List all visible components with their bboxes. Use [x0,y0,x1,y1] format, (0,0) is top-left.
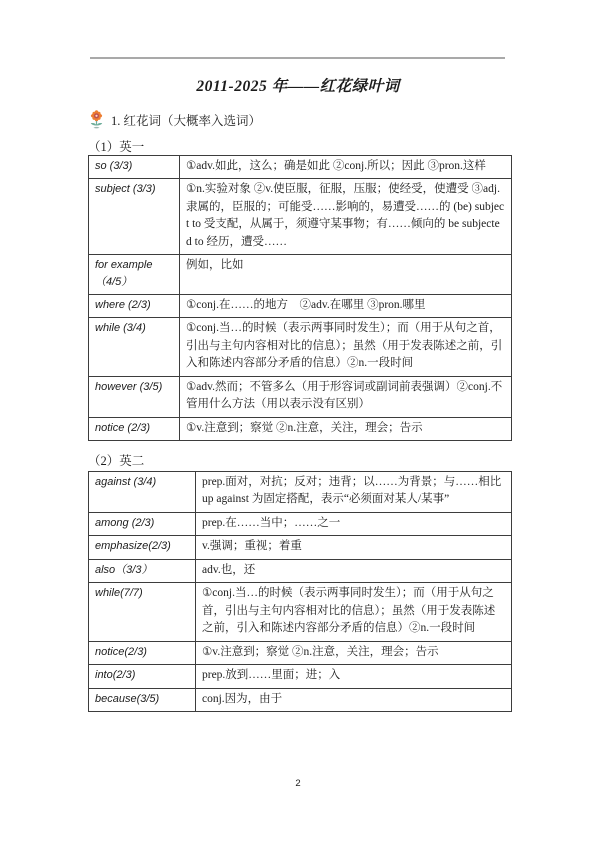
section-heading: 1. 红花词（大概率入选词） [88,110,261,129]
definition-cell: ①adv.然而；不管多么（用于形容词或副词前表强调）②conj.不管用什么方法（… [180,376,512,417]
definition-cell: v.强调；重视；着重 [196,536,512,559]
word-cell: notice(2/3) [89,641,196,664]
table-row: into(2/3) prep.放到……里面；进；入 [89,665,512,688]
definition-cell: adv.也，还 [196,559,512,582]
table-row: notice (2/3) ①v.注意到；察觉 ②n.注意，关注，理会；告示 [89,417,512,440]
definition-cell: ①v.注意到；察觉 ②n.注意，关注，理会；告示 [196,641,512,664]
table-row: subject (3/3) ①n.实验对象 ②v.使臣服，征服，压服；使经受，使… [89,179,512,255]
definition-cell: ①conj.当…的时候（表示两事同时发生）；而（用于从句之首，引出与主句内容相对… [180,318,512,376]
definition-cell: prep.面对，对抗；反对；违背；以……为背景；与……相比 up against… [196,472,512,513]
word-cell: while(7/7) [89,583,196,641]
word-cell: notice (2/3) [89,417,180,440]
page-number: 2 [0,778,596,789]
table-row: notice(2/3) ①v.注意到；察觉 ②n.注意，关注，理会；告示 [89,641,512,664]
word-cell: so (3/3) [89,156,180,179]
word-cell: also（3/3） [89,559,196,582]
definition-cell: ①conj.当…的时候（表示两事同时发生）；而（用于从句之首，引出与主句内容相对… [196,583,512,641]
word-cell: while (3/4) [89,318,180,376]
word-cell: because(3/5) [89,688,196,711]
table-row: so (3/3) ①adv.如此，这么；确是如此 ②conj.所以；因此 ③pr… [89,156,512,179]
word-cell: emphasize(2/3) [89,536,196,559]
table-row: where (2/3) ①conj.在……的地方 ②adv.在哪里 ③pron.… [89,294,512,317]
table-row: emphasize(2/3) v.强调；重视；着重 [89,536,512,559]
word-cell: against (3/4) [89,472,196,513]
definition-cell: ①n.实验对象 ②v.使臣服，征服，压服；使经受，使遭受 ③adj.隶属的，臣服… [180,179,512,255]
word-cell: however (3/5) [89,376,180,417]
definition-cell: prep.在……当中；……之一 [196,512,512,535]
vocab-table-english-two: against (3/4) prep.面对，对抗；反对；违背；以……为背景；与…… [88,471,512,712]
subsection-caption-1: （1）英一 [88,137,144,155]
header-rule [90,57,505,59]
word-cell: among (2/3) [89,512,196,535]
word-cell: for example （4/5） [89,255,180,294]
word-cell: subject (3/3) [89,179,180,255]
definition-cell: conj.因为，由于 [196,688,512,711]
table-row: against (3/4) prep.面对，对抗；反对；违背；以……为背景；与…… [89,472,512,513]
table-row: because(3/5) conj.因为，由于 [89,688,512,711]
table-row: for example （4/5） 例如，比如 [89,255,512,294]
vocab-table-english-one: so (3/3) ①adv.如此，这么；确是如此 ②conj.所以；因此 ③pr… [88,155,512,441]
subsection-caption-2: （2）英二 [88,451,144,469]
flower-icon [88,110,105,129]
section-heading-label: 1. 红花词（大概率入选词） [111,111,261,129]
definition-cell: ①v.注意到；察觉 ②n.注意，关注，理会；告示 [180,417,512,440]
table-row: also（3/3） adv.也，还 [89,559,512,582]
document-page: { "page": { "title": "2011-2025 年——红花绿叶词… [0,0,596,842]
definition-cell: ①adv.如此，这么；确是如此 ②conj.所以；因此 ③pron.这样 [180,156,512,179]
table-row: among (2/3) prep.在……当中；……之一 [89,512,512,535]
word-cell: where (2/3) [89,294,180,317]
definition-cell: ①conj.在……的地方 ②adv.在哪里 ③pron.哪里 [180,294,512,317]
definition-cell: prep.放到……里面；进；入 [196,665,512,688]
table-row: however (3/5) ①adv.然而；不管多么（用于形容词或副词前表强调）… [89,376,512,417]
table-row: while (3/4) ①conj.当…的时候（表示两事同时发生）；而（用于从句… [89,318,512,376]
page-title: 2011-2025 年——红花绿叶词 [0,74,596,96]
definition-cell: 例如，比如 [180,255,512,294]
word-cell: into(2/3) [89,665,196,688]
table-row: while(7/7) ①conj.当…的时候（表示两事同时发生）；而（用于从句之… [89,583,512,641]
